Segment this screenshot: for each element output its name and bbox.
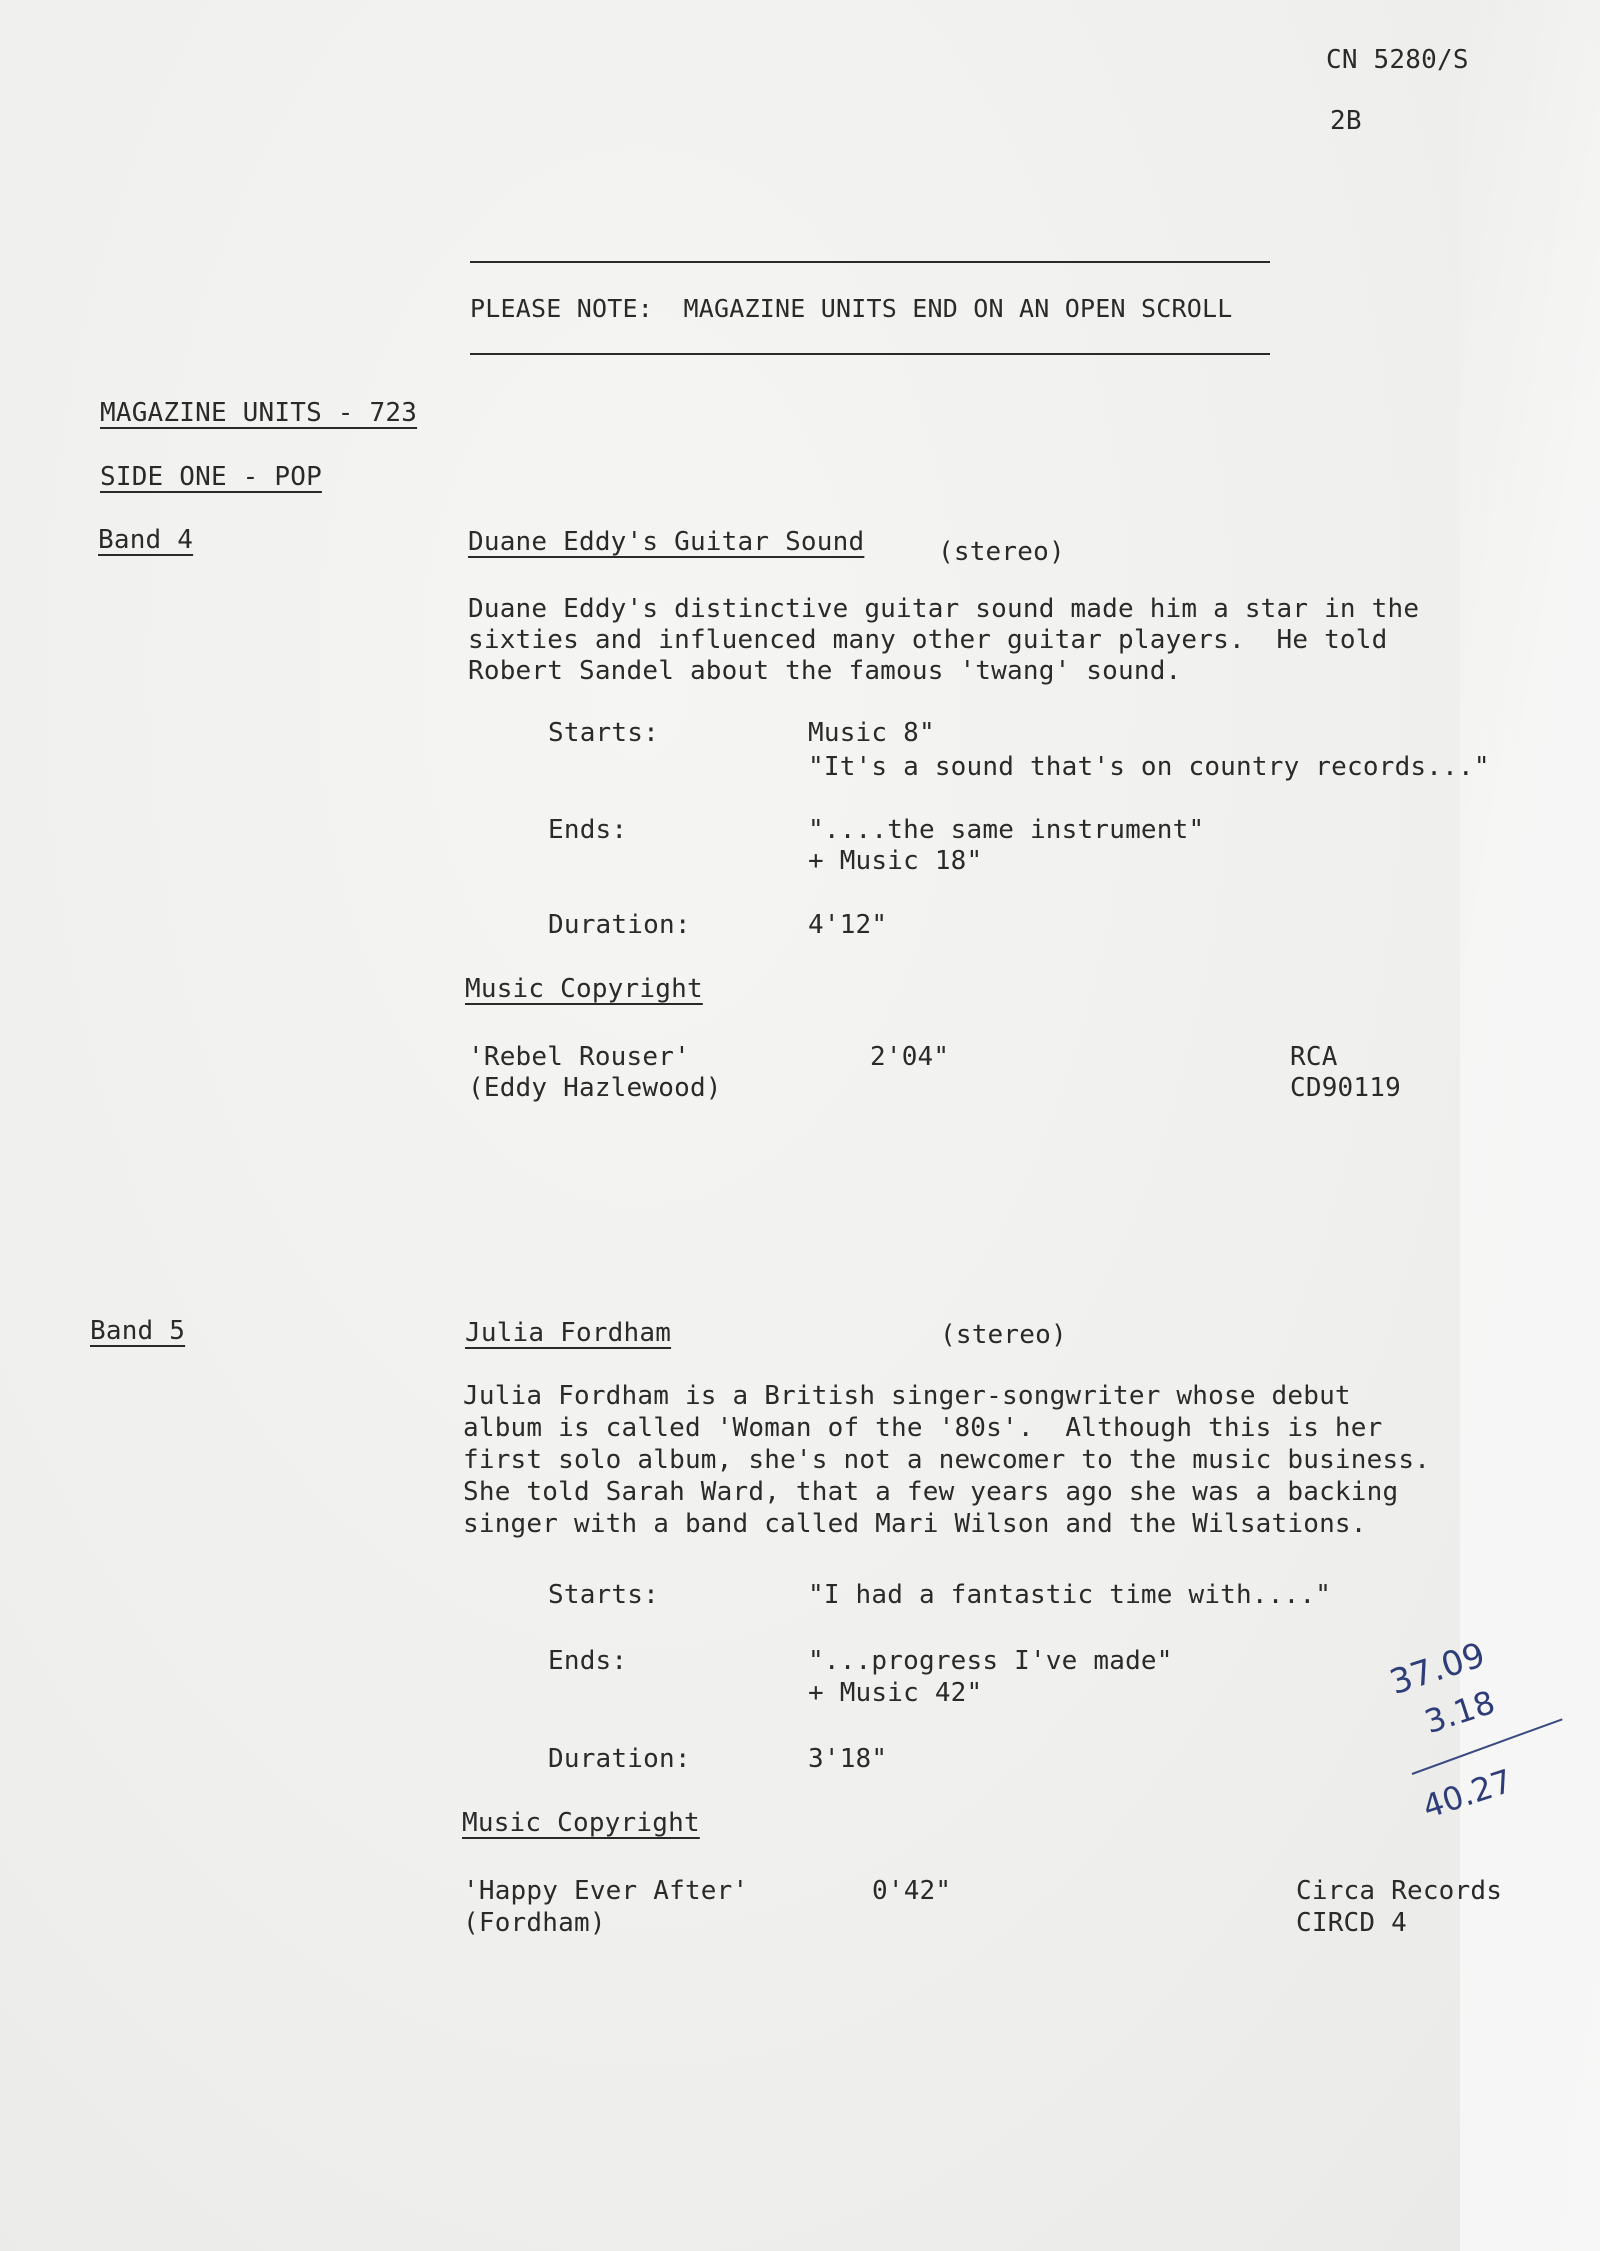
band-5-starts-label: Starts: [548,1580,659,1611]
band-4-duration-label: Duration: [548,910,691,941]
band-4-title: Duane Eddy's Guitar Sound [468,527,864,558]
band-4-catalog-number: CD90119 [1290,1073,1401,1104]
band-4-ends-cue: "....the same instrument" [808,815,1204,846]
document-reference: CN 5280/S [1326,45,1469,76]
band-5-duration-value: 3'18" [808,1744,887,1775]
band-4-format: (stereo) [938,537,1065,568]
band-4-record-label: RCA [1290,1042,1338,1073]
band-4-description-line: sixties and influenced many other guitar… [468,625,1388,656]
band-5-catalog-number: CIRCD 4 [1296,1908,1407,1939]
band-5-starts-cue: "I had a fantastic time with...." [808,1580,1331,1611]
band-5-description-line: She told Sarah Ward, that a few years ag… [463,1477,1398,1508]
band-5-description-line: album is called 'Woman of the '80s'. Alt… [463,1413,1383,1444]
band-5-song-writers: (Fordham) [463,1908,606,1939]
band-5-ends-label: Ends: [548,1646,627,1677]
band-4-starts-label: Starts: [548,718,659,749]
notice-bottom-rule [470,353,1270,355]
band-5-record-label: Circa Records [1296,1876,1502,1907]
band-4-ends-label: Ends: [548,815,627,846]
band-4-starts-cue: "It's a sound that's on country records.… [808,752,1490,783]
band-4-music-copyright-heading: Music Copyright [465,974,703,1005]
band-4-description-line: Duane Eddy's distinctive guitar sound ma… [468,594,1419,625]
band-4-song-title: 'Rebel Rouser' [468,1042,690,1073]
band-4-description-line: Robert Sandel about the famous 'twang' s… [468,656,1181,687]
band-5-ends-cue: "...progress I've made" [808,1646,1173,1677]
band-5-song-length: 0'42" [872,1876,951,1907]
page-identifier: 2B [1330,106,1362,137]
notice-top-rule [470,261,1270,263]
band-5-description-line: singer with a band called Mari Wilson an… [463,1509,1367,1540]
band-5-duration-label: Duration: [548,1744,691,1775]
band-5-format: (stereo) [940,1320,1067,1351]
band-5-description-line: Julia Fordham is a British singer-songwr… [463,1381,1351,1412]
magazine-units-title: MAGAZINE UNITS - 723 [100,398,417,429]
band-5-label: Band 5 [90,1316,185,1347]
paper-fold-shadow [1460,0,1600,2251]
band-4-song-writers: (Eddy Hazlewood) [468,1073,722,1104]
band-5-ends-music: + Music 42" [808,1678,982,1709]
notice-text: PLEASE NOTE: MAGAZINE UNITS END ON AN OP… [470,293,1233,324]
band-4-duration-value: 4'12" [808,910,887,941]
band-4-ends-music: + Music 18" [808,846,982,877]
band-5-song-title: 'Happy Ever After' [463,1876,748,1907]
band-4-song-length: 2'04" [870,1042,949,1073]
band-4-starts-value: Music 8" [808,718,935,749]
band-5-description-line: first solo album, she's not a newcomer t… [463,1445,1430,1476]
document-page: CN 5280/S 2B PLEASE NOTE: MAGAZINE UNITS… [0,0,1600,2251]
band-5-title: Julia Fordham [465,1318,671,1349]
side-title: SIDE ONE - POP [100,462,322,493]
band-5-music-copyright-heading: Music Copyright [462,1808,700,1839]
band-4-label: Band 4 [98,525,193,556]
